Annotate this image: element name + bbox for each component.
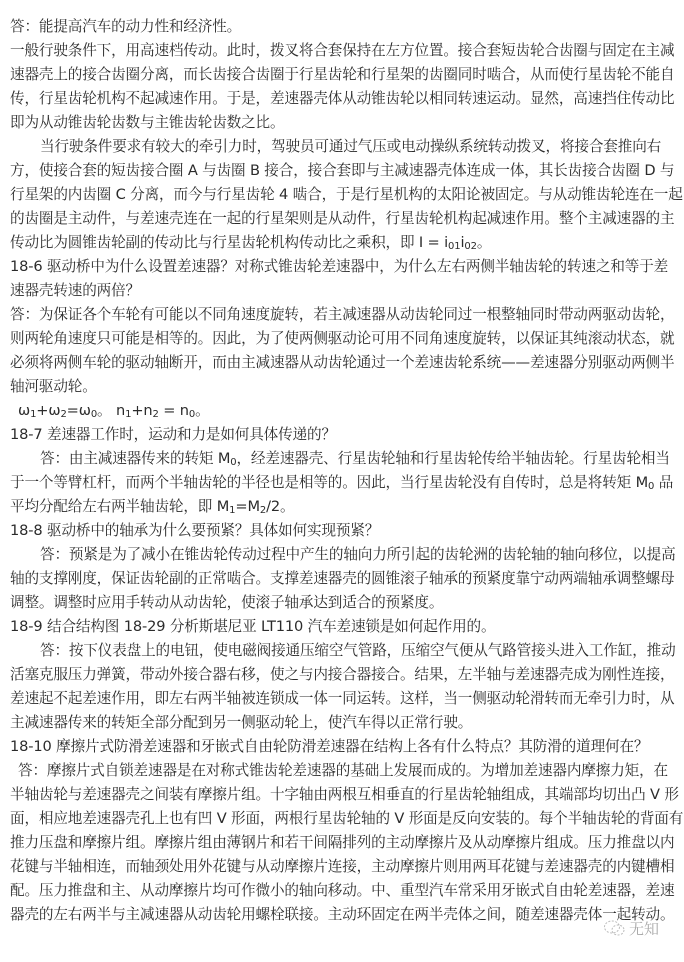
text-line: 差速起不起差速作用，即左右两半轴被连锁成一体一同运转。这样，当一侧驱动轮滑转而无… [10,687,674,711]
question-heading: 18-10 摩擦片式防滑差速器和牙嵌式自由轮防滑差速器在结构上各有什么特点？其防… [10,735,674,759]
text-line: 传动比为圆锥齿轮副的传动比与行星齿轮机构传动比之乘积，即 I = i01i02。 [10,231,674,255]
text-line: 活塞克服压力弹簧，带动外接合器右移，使之与内接合器接合。结果，左半轴与差速器壳成… [10,663,674,687]
question-heading: 18-7 差速器工作时，运动和力是如何具体传递的？ [10,423,674,447]
text-line: 必须将两侧车轮的驱动轴断开，而由主减速器从动齿轮通过一个差速齿轮系统——差速器分… [10,351,674,375]
watermark-text: 无知 [629,918,659,939]
text-line: 即为从动锥齿轮齿数与主锥齿轮齿数之比。 [10,111,674,135]
text-line: 面，相应地差速器壳孔上也有凹 V 形面，两根行星齿轮轴的 V 形面是反向安装的。… [10,807,674,831]
text-line: 速器壳转速的两倍？ [10,279,674,303]
text-line: 的齿圈是主动件，与差速壳连在一起的行星架则是从动件，行星齿轮机构起减速作用。整个… [10,207,674,231]
text-line: 则两轮角速度只可能是相等的。因此，为了使两侧驱动论可用不同角速度旋转，以保证其纯… [10,327,674,351]
text-line: 行星架的内齿圈 C 分离，而今与行星齿轮 4 啮合，于是行星机构的太阳论被固定。… [10,183,674,207]
text-line: 半轴齿轮与差速器壳之间装有摩擦片组。十字轴由两根互相垂直的行星齿轮轴组成，其端部… [10,783,674,807]
text-line: 配。压力推盘和主、从动摩擦片均可作微小的轴向移动。中、重型汽车常采用牙嵌式自由轮… [10,879,674,903]
text-line: 推力压盘和摩擦片组。摩擦片组由薄钢片和若干间隔排列的主动摩擦片及从动摩擦片组成。… [10,831,674,855]
text-line: 轴的支撑刚度，保证齿轮副的正常啮合。支撑差速器壳的圆锥滚子轴承的预紧度靠宁动两端… [10,567,674,591]
text-line: 于一个等臂杠杆，而两个半轴齿轮的半径也是相等的。因此，当行星齿轮没有自传时，总是… [10,471,674,495]
text-line: 答：由主减速器传来的转矩 M0，经差速器壳、行星齿轮轴和行星齿轮传给半轴齿轮。行… [10,447,674,471]
text-line: 轴河驱动轮。 [10,375,674,399]
wechat-icon [603,919,625,937]
question-heading: 18-8 驱动桥中的轴承为什么要预紧？具体如何实现预紧？ [10,519,674,543]
text-line: 一般行驶条件下，用高速档传动。此时，拨叉将合套保持在左方位置。接合套短齿轮合齿圈… [10,39,674,63]
text-line: ω1+ω2=ω0。 n1+n2 = n0。 [10,399,674,423]
text-line: 答：摩擦片式自锁差速器是在对称式锥齿轮差速器的基础上发展而成的。为增加差速器内摩… [10,759,674,783]
text-line: 调整。调整时应用手转动从动齿轮，使滚子轴承达到适合的预紧度。 [10,591,674,615]
text-line: 主减速器传来的转矩全部分配到另一侧驱动轮上，使汽车得以正常行驶。 [10,711,674,735]
document-body: 答：能提高汽车的动力性和经济性。一般行驶条件下，用高速档传动。此时，拨叉将合套保… [10,15,674,927]
text-line: 答：按下仪表盘上的电钮，使电磁阀接通压缩空气管路，压缩空气便从气路管接头进入工作… [10,639,674,663]
text-line: 速器壳上的接合齿圈分离，而长齿接合齿圈于行星齿轮和行星架的齿圈同时啮合，从而使行… [10,63,674,87]
text-line: 方，使接合套的短齿接合圈 A 与齿圈 B 接合，接合套即与主减速器壳体连成一体，… [10,159,674,183]
text-line: 答：预紧是为了减小在锥齿轮传动过程中产生的轴向力所引起的齿轮洲的齿轮轴的轴向移位… [10,543,674,567]
text-line: 平均分配给左右两半轴齿轮，即 M1=M2/2。 [10,495,674,519]
question-heading: 18-9 结合结构图 18-29 分析斯堪尼亚 LT110 汽车差速锁是如何起作… [10,615,674,639]
text-line: 答：能提高汽车的动力性和经济性。 [10,15,674,39]
question-heading: 18-6 驱动桥中为什么设置差速器？对称式锥齿轮差速器中，为什么左右两侧半轴齿轮… [10,255,674,279]
text-line: 器壳的左右两半与主减速器从动齿轮用螺栓联接。主动环固定在两半壳体之间，随差速器壳… [10,903,674,927]
text-line: 当行驶条件要求有较大的牵引力时，驾驶员可通过气压或电动操纵系统转动拨叉，将接合套… [10,135,674,159]
text-line: 答：为保证各个车轮有可能以不同角速度旋转，若主减速器从动齿轮同过一根整轴同时带动… [10,303,674,327]
watermark: 无知 [603,915,679,941]
text-line: 花键与半轴相连，而轴颈处用外花键与从动摩擦片连接，主动摩擦片则用两耳花键与差速器… [10,855,674,879]
text-line: 传，行星齿轮机构不起减速作用。于是，差速器壳体从动锥齿轮以相同转速运动。显然，高… [10,87,674,111]
